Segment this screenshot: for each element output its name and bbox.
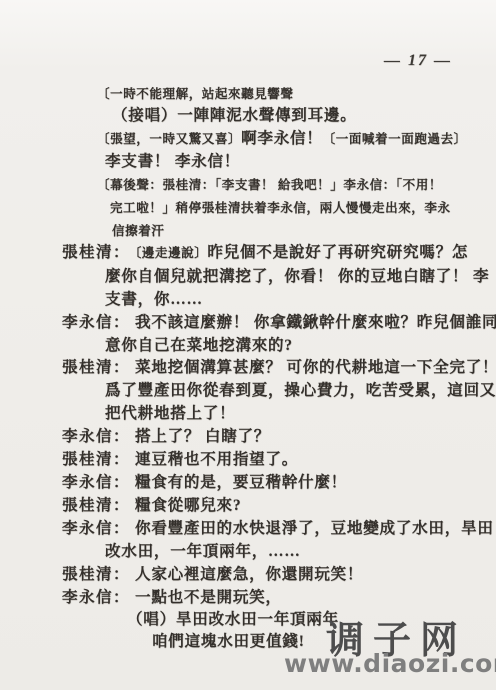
dialogue-text: 糧食從哪兒來? [135, 497, 241, 514]
script-line: 改水田，一年頂兩年，…… [105, 544, 301, 560]
dialogue-text: 一點也不是開玩笑， [135, 589, 282, 606]
script-line: 張桂清：〔邊走邊說〕昨兒個不是說好了再研究研究嗎？怎 [62, 245, 468, 261]
script-line: 李永信：一點也不是開玩笑， [62, 590, 282, 606]
script-line: 李永信：搭上了？ 白瞎了？ [62, 429, 270, 445]
dialogue-text: 昨兒個不是說好了再研究研究嗎？怎 [207, 244, 468, 261]
dialogue-text: 爲了豐產田你從春到夏，操心費力，吃苦受累，這回又 [105, 382, 496, 399]
scanned-script-page: — 17 — 〔一時不能理解，站起來聽見響聲（接唱）一陣陣泥水聲傳到耳邊。〔張望… [0, 0, 496, 690]
dialogue-text: 支書，你…… [105, 291, 203, 308]
script-line: 張桂清：連豆稭也不用指望了。 [62, 452, 298, 468]
stage-direction: 完工啦！」稍停張桂清扶着李永信，兩人慢慢走出來，李永 [110, 201, 451, 215]
dialogue-text: 人家心裡這麼急，你還開玩笑！ [135, 566, 363, 583]
script-line: 信擦着汗 [112, 223, 164, 239]
speaker-label: 張桂清： [62, 359, 130, 376]
script-line: 張桂清：人家心裡這麼急，你還開玩笑！ [62, 567, 363, 583]
dialogue-text: 連豆稭也不用指望了。 [135, 451, 298, 468]
speaker-label: 李永信： [62, 474, 130, 491]
dialogue-text: （接唱）一陣陣泥水聲傳到耳邊。 [112, 107, 357, 124]
dialogue-text: 我不該這麼辦！ 你拿鐵鍬幹什麼來啦？昨兒個誰同 [135, 314, 496, 331]
stage-direction: 〔邊走邊說〕 [135, 246, 207, 260]
script-line: 張桂清：糧食從哪兒來? [62, 498, 241, 514]
script-line: 意你自己在菜地挖溝來的? [105, 338, 293, 354]
script-line: 李支書！ 李永信！ [105, 154, 240, 170]
script-line: 李永信：你看豐產田的水快退淨了，豆地變成了水田，旱田 [62, 521, 494, 537]
stage-direction: 〔一時不能理解，站起來聽見響聲 [97, 87, 294, 101]
script-line: 〔幕後聲：張桂清：「李支書！ 給我吧！」李永信：「不用！ [97, 177, 442, 193]
dialogue-text: 李支書！ 李永信！ [105, 153, 240, 170]
script-line: 張桂清：菜地挖個溝算甚麼？ 可你的代耕地這一下全完了！ [62, 360, 496, 376]
script-body: 〔一時不能理解，站起來聽見響聲（接唱）一陣陣泥水聲傳到耳邊。〔張望，一時又驚又喜… [0, 0, 496, 690]
dialogue-text: 啊李永信！ [241, 130, 323, 147]
dialogue-text: 意你自己在菜地挖溝來的? [105, 337, 293, 354]
dialogue-text: 把代耕地搭上了！ [105, 405, 235, 422]
dialogue-text: 改水田，一年頂兩年，…… [105, 543, 301, 560]
script-line: 麼你自個兒就把溝挖了，你看！ 你的豆地白瞎了！ 李 [105, 269, 489, 285]
dialogue-text: 咱們這塊水田更值錢! [152, 633, 305, 650]
dialogue-text: 搭上了？ 白瞎了？ [135, 428, 270, 445]
script-line: 爲了豐產田你從春到夏，操心費力，吃苦受累，這回又 [105, 383, 496, 399]
speaker-label: 張桂清： [62, 451, 130, 468]
stage-direction: 〔一面喊着一面跑過去〕 [323, 132, 467, 146]
script-line: （唱）旱田改水田一年頂兩年， [127, 612, 355, 628]
stage-direction: 信擦着汗 [112, 224, 164, 238]
script-line: 〔一時不能理解，站起來聽見響聲 [97, 86, 294, 102]
script-line: 支書，你…… [105, 292, 203, 308]
script-line: 李永信：糧食有的是，要豆稭幹什麼！ [62, 475, 347, 491]
script-line: 李永信：我不該這麼辦！ 你拿鐵鍬幹什麼來啦？昨兒個誰同 [62, 315, 496, 331]
script-line: （接唱）一陣陣泥水聲傳到耳邊。 [112, 108, 357, 124]
script-line: 咱們這塊水田更值錢! [152, 634, 305, 650]
script-line: 把代耕地搭上了！ [105, 406, 235, 422]
stage-direction: 〔張望，一時又驚又喜〕 [97, 132, 241, 146]
dialogue-text: 麼你自個兒就把溝挖了，你看！ 你的豆地白瞎了！ 李 [105, 268, 489, 285]
speaker-label: 張桂清： [62, 497, 130, 514]
speaker-label: 李永信： [62, 314, 130, 331]
stage-direction: 〔幕後聲：張桂清：「李支書！ 給我吧！」李永信：「不用！ [97, 178, 442, 192]
speaker-label: 張桂清： [62, 566, 130, 583]
dialogue-text: 菜地挖個溝算甚麼？ 可你的代耕地這一下全完了！ [135, 359, 496, 376]
watermark-site-url: www.diaozi.com [284, 649, 496, 678]
speaker-label: 李永信： [62, 428, 130, 445]
dialogue-text: （唱）旱田改水田一年頂兩年， [127, 611, 355, 628]
dialogue-text: 糧食有的是，要豆稭幹什麼！ [135, 474, 347, 491]
script-line: 〔張望，一時又驚又喜〕啊李永信！〔一面喊着一面跑過去〕 [97, 131, 467, 147]
speaker-label: 張桂清： [62, 244, 130, 261]
speaker-label: 李永信： [62, 520, 130, 537]
dialogue-text: 你看豐產田的水快退淨了，豆地變成了水田，旱田 [135, 520, 494, 537]
script-line: 完工啦！」稍停張桂清扶着李永信，兩人慢慢走出來，李永 [110, 200, 451, 216]
speaker-label: 李永信： [62, 589, 130, 606]
